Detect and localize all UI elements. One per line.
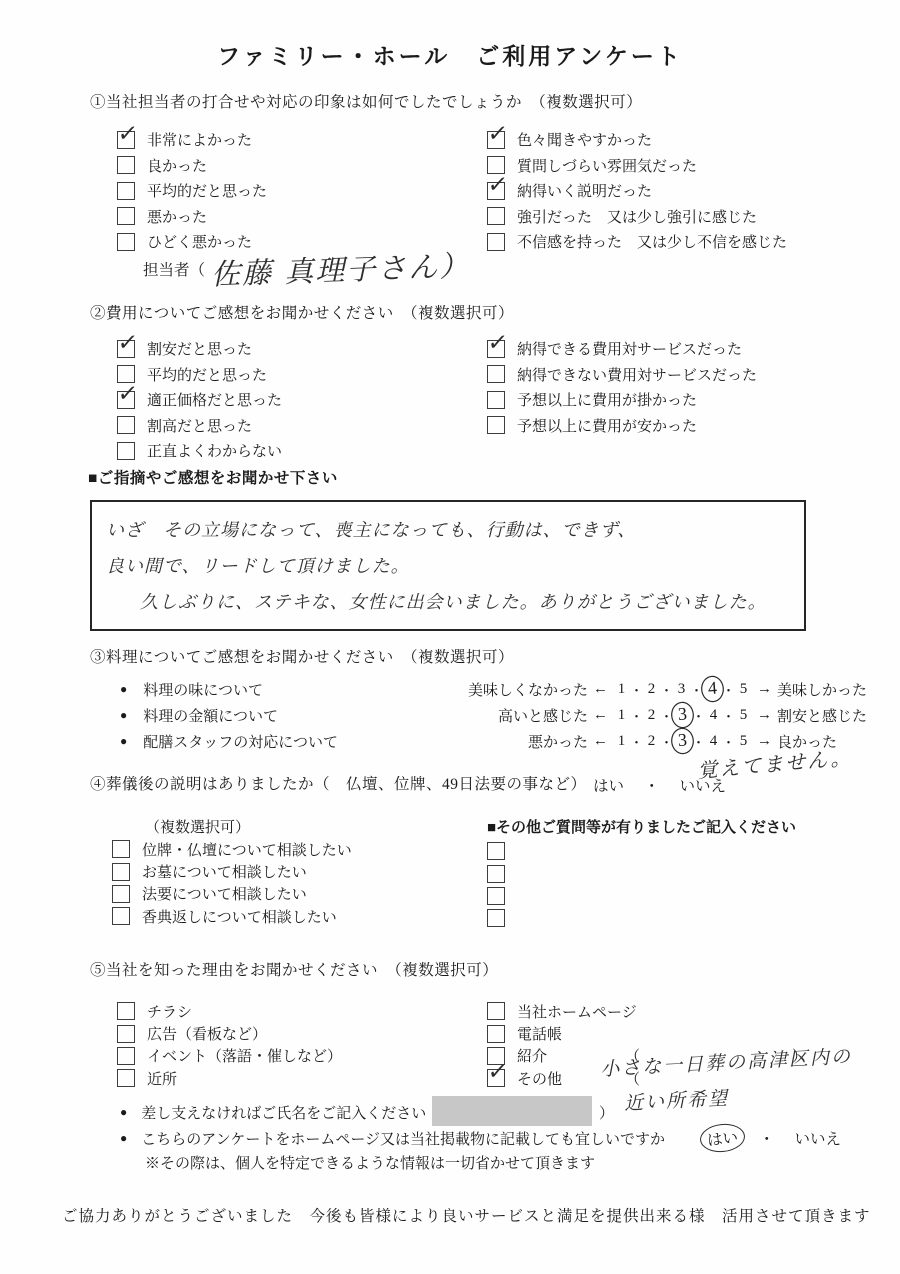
checkbox[interactable]: [117, 1002, 135, 1020]
rating-2[interactable]: 2: [643, 731, 660, 751]
arrow-right-icon: →: [752, 681, 777, 698]
checkbox-row: 質問しづらい雰囲気だった: [487, 153, 787, 179]
survey-form-page: ファミリー・ホール ご利用アンケート ①当社担当者の打合せや対応の印象は如何でし…: [0, 0, 900, 1274]
checkbox-row: [487, 862, 505, 884]
checkbox-label: 電話帳: [517, 1023, 562, 1044]
rating-5[interactable]: 5: [735, 705, 752, 725]
q5-left-options: チラシ 広告（看板など） イベント（落語・催しなど） 近所: [117, 1000, 342, 1090]
checkbox-row: チラシ: [117, 1000, 342, 1022]
checkbox-row: お墓について相談したい: [112, 860, 352, 882]
checkbox[interactable]: [112, 840, 130, 858]
checkbox[interactable]: [117, 1069, 135, 1087]
dot-separator: ・: [644, 774, 660, 796]
checkbox-label: 正直よくわからない: [147, 440, 282, 461]
checkbox-label: チラシ: [147, 1001, 192, 1022]
checkbox[interactable]: [487, 233, 505, 251]
checkbox-row: 当社ホームページ: [487, 1000, 807, 1022]
checkbox-row: 平均的だと思った: [117, 362, 282, 388]
checkbox-label: 予想以上に費用が安かった: [517, 415, 697, 436]
scale-left-anchor: 悪かった: [392, 731, 588, 752]
checkbox-label: 強引だった 又は少し強引に感じた: [517, 206, 757, 227]
checkbox-row: 法要について相談したい: [112, 883, 352, 905]
checkbox-label: イベント（落語・催しなど）: [147, 1045, 342, 1066]
checkbox-row: 電話帳: [487, 1022, 807, 1044]
q1-heading: ①当社担当者の打合せや対応の印象は如何でしたでしょうか （複数選択可）: [90, 90, 642, 112]
redacted-name: [432, 1096, 592, 1126]
checkbox-row: 納得できる費用対サービスだった: [487, 336, 757, 362]
checkbox[interactable]: [487, 1069, 505, 1087]
staff-name-handwritten: 佐藤 真理子さん）: [210, 243, 470, 293]
checkbox-row: イベント（落語・催しなど）: [117, 1045, 342, 1067]
checkbox-label: 非常によかった: [147, 129, 252, 150]
staff-label: 担当者（: [143, 258, 205, 280]
checkbox-row: 香典返しについて相談したい: [112, 905, 352, 927]
checkbox-label: 良かった: [147, 155, 207, 176]
checkbox[interactable]: [117, 182, 135, 200]
rating-4[interactable]: 4: [705, 705, 722, 725]
dot-separator: ・: [759, 1127, 775, 1149]
dot-separator: ・: [630, 680, 643, 699]
checkbox[interactable]: [112, 885, 130, 903]
comments-writein-box[interactable]: いざ その立場になって、喪主になっても、行動は、できず、 良い間で、リードして頂…: [90, 500, 806, 631]
checkbox-row: 正直よくわからない: [117, 438, 282, 464]
rating-row-label: 配膳スタッフの対応について: [143, 731, 338, 752]
checkbox[interactable]: [487, 887, 505, 905]
bullet-icon: ●: [120, 1131, 127, 1146]
rating-1[interactable]: 1: [613, 679, 630, 699]
staff-name-row: 担当者（ 佐藤 真理子さん）: [143, 248, 470, 289]
checkbox-label: 色々聞きやすかった: [517, 129, 652, 150]
q4-other-writein-boxes: [487, 840, 505, 930]
checkbox[interactable]: [117, 233, 135, 251]
arrow-right-icon: →: [752, 707, 777, 724]
checkbox[interactable]: [487, 365, 505, 383]
scale-left-anchor: 美味しくなかった: [392, 679, 588, 700]
bullet-icon: ●: [120, 1105, 127, 1120]
checkbox-row: 割高だと思った: [117, 413, 282, 439]
dot-separator: ・: [722, 706, 735, 725]
checkbox[interactable]: [487, 842, 505, 860]
rating-1[interactable]: 1: [613, 705, 630, 725]
scale-right-anchor: 割安と感じた: [777, 705, 867, 726]
q2-right-options: 納得できる費用対サービスだった 納得できない費用対サービスだった 予想以上に費用…: [487, 336, 757, 438]
publish-yesno: はい ・ いいえ: [700, 1124, 847, 1152]
checkbox-label: 当社ホームページ: [517, 1001, 637, 1022]
dot-separator: ・: [722, 732, 735, 751]
scale-right-anchor: 美味しかった: [777, 679, 867, 700]
checkbox-label: 納得できる費用対サービスだった: [517, 338, 742, 359]
checkbox[interactable]: [117, 1025, 135, 1043]
rating-row-label: 料理の金額について: [143, 705, 278, 726]
checkbox[interactable]: [487, 865, 505, 883]
q4-yes-option[interactable]: はい: [587, 772, 630, 798]
checkbox-row: 割安だと思った: [117, 336, 282, 362]
rating-2[interactable]: 2: [643, 705, 660, 725]
arrow-left-icon: ←: [588, 707, 613, 724]
q5-other-handwritten-line: 近い所希望: [623, 1083, 729, 1115]
paren-close: ）: [599, 1102, 614, 1123]
bullet-icon: ●: [120, 734, 127, 749]
checkbox[interactable]: [112, 863, 130, 881]
publish-yes-option[interactable]: はい: [699, 1122, 747, 1155]
checkbox-row: 不信感を持った 又は少し不信を感じた: [487, 229, 787, 255]
checkbox[interactable]: [117, 442, 135, 460]
checkbox[interactable]: [487, 391, 505, 409]
checkbox-row: [487, 840, 505, 862]
q2-heading: ②費用についてご感想をお聞かせください （複数選択可）: [90, 301, 514, 323]
checkbox[interactable]: [487, 1002, 505, 1020]
checkbox-row: 平均的だと思った: [117, 178, 267, 204]
checkbox[interactable]: [117, 416, 135, 434]
checkbox-row: [487, 885, 505, 907]
checkbox-row: 予想以上に費用が掛かった: [487, 387, 757, 413]
checkbox[interactable]: [487, 1025, 505, 1043]
bullet-icon: ●: [120, 708, 127, 723]
checkbox-row: 近所: [117, 1067, 342, 1089]
arrow-left-icon: ←: [588, 733, 613, 750]
checkbox-label: 法要について相談したい: [142, 883, 307, 904]
q4-subleft-heading: （複数選択可）: [145, 816, 250, 837]
q3-rating-rows: ●料理の味について 美味しくなかった ← 1・2・3・4・5 → 美味しかった …: [120, 676, 867, 754]
rating-row: ●料理の金額について 高いと感じた ← 1・2・3・4・5 → 割安と感じた: [120, 702, 867, 728]
checkbox[interactable]: [487, 416, 505, 434]
name-request-label: 差し支えなければご氏名をご記入ください: [141, 1102, 426, 1123]
checkbox-row: 納得できない費用対サービスだった: [487, 362, 757, 388]
q4-left-options: 位牌・仏壇について相談したい お墓について相談したい 法要について相談したい 香…: [112, 838, 352, 928]
comments-heading: ■ご指摘やご感想をお聞かせ下さい: [88, 466, 338, 488]
checkbox-label: 割高だと思った: [147, 415, 252, 436]
q5-heading: ⑤当社を知った理由をお聞かせください （複数選択可）: [90, 958, 498, 980]
rating-4[interactable]: 4: [705, 731, 722, 751]
publish-permission-row: ● こちらのアンケートをホームページ又は当社掲載物に記載しても宜しいですか: [120, 1128, 665, 1149]
checkbox[interactable]: [487, 131, 505, 149]
name-request-row: ● 差し支えなければご氏名をご記入ください: [120, 1102, 426, 1123]
scale-left-anchor: 高いと感じた: [392, 705, 588, 726]
footer-thanks: ご協力ありがとうございました 今後も皆様により良いサービスと満足を提供出来る様 …: [62, 1204, 871, 1226]
checkbox-label: お墓について相談したい: [142, 861, 307, 882]
privacy-note: ※その際は、個人を特定できるような情報は一切省かせて頂きます: [145, 1152, 595, 1173]
dot-separator: ・: [630, 706, 643, 725]
checkbox[interactable]: [487, 909, 505, 927]
checkbox-label: 悪かった: [147, 206, 207, 227]
checkbox-label: 予想以上に費用が掛かった: [517, 389, 697, 410]
dot-separator: ・: [660, 680, 673, 699]
checkbox[interactable]: [112, 907, 130, 925]
checkbox-row: 位牌・仏壇について相談したい: [112, 838, 352, 860]
checkbox-label: 位牌・仏壇について相談したい: [142, 839, 352, 860]
checkbox[interactable]: [487, 340, 505, 358]
checkbox[interactable]: [117, 156, 135, 174]
checkbox-label: 割安だと思った: [147, 338, 252, 359]
rating-2[interactable]: 2: [643, 679, 660, 699]
checkbox-label: 平均的だと思った: [147, 364, 267, 385]
checkbox[interactable]: [487, 207, 505, 225]
arrow-right-icon: →: [752, 733, 777, 750]
q1-left-options: 非常によかった 良かった 平均的だと思った 悪かった ひどく悪かった: [117, 127, 267, 255]
checkbox-row: 強引だった 又は少し強引に感じた: [487, 204, 787, 230]
checkbox-row: 非常によかった: [117, 127, 267, 153]
q3-heading: ③料理についてご感想をお聞かせください （複数選択可）: [90, 645, 514, 667]
checkbox-label: その他: [517, 1068, 613, 1089]
checkbox-row: 広告（看板など）: [117, 1022, 342, 1044]
checkbox-row: 色々聞きやすかった: [487, 127, 787, 153]
rating-5[interactable]: 5: [735, 679, 752, 699]
checkbox-label: 納得できない費用対サービスだった: [517, 364, 757, 385]
checkbox[interactable]: [117, 207, 135, 225]
checkbox-row: 良かった: [117, 153, 267, 179]
rating-row-label: 料理の味について: [143, 679, 263, 700]
comment-line: 久しぶりに、ステキな、女性に出会いました。ありがとうございました。: [140, 588, 767, 614]
publish-permission-label: こちらのアンケートをホームページ又は当社掲載物に記載しても宜しいですか: [141, 1128, 665, 1149]
q4-heading: ④葬儀後の説明はありましたか（ 仏壇、位牌、49日法要の事など）: [90, 772, 587, 794]
q2-left-options: 割安だと思った 平均的だと思った 適正価格だと思った 割高だと思った 正直よくわ…: [117, 336, 282, 464]
bullet-icon: ●: [120, 682, 127, 697]
comment-line: いざ その立場になって、喪主になっても、行動は、できず、: [106, 516, 636, 542]
checkbox-label: 不信感を持った 又は少し不信を感じた: [517, 231, 787, 252]
checkbox-label: 質問しづらい雰囲気だった: [517, 155, 697, 176]
checkbox[interactable]: [117, 131, 135, 149]
checkbox-label: 広告（看板など）: [147, 1023, 267, 1044]
checkbox-row: 予想以上に費用が安かった: [487, 413, 757, 439]
checkbox-row: 適正価格だと思った: [117, 387, 282, 413]
checkbox-row: 納得いく説明だった: [487, 178, 787, 204]
rating-3[interactable]: 3: [673, 679, 690, 699]
checkbox-row: [487, 907, 505, 929]
comment-line: 良い間で、リードして頂けました。: [106, 552, 410, 578]
rating-5[interactable]: 5: [735, 731, 752, 751]
checkbox[interactable]: [117, 1047, 135, 1065]
checkbox-label: 近所: [147, 1068, 177, 1089]
checkbox-row: 悪かった: [117, 204, 267, 230]
checkbox[interactable]: [117, 340, 135, 358]
page-title: ファミリー・ホール ご利用アンケート: [0, 38, 900, 71]
q4-subright-heading: ■その他ご質問等が有りましたご記入ください: [487, 816, 796, 837]
checkbox-label: 平均的だと思った: [147, 180, 267, 201]
q1-right-options: 色々聞きやすかった 質問しづらい雰囲気だった 納得いく説明だった 強引だった 又…: [487, 127, 787, 255]
checkbox-label: 適正価格だと思った: [147, 389, 282, 410]
rating-row: ●料理の味について 美味しくなかった ← 1・2・3・4・5 → 美味しかった: [120, 676, 867, 702]
checkbox[interactable]: [117, 391, 135, 409]
dot-separator: ・: [630, 732, 643, 751]
checkbox-label: 納得いく説明だった: [517, 180, 652, 201]
publish-no-option[interactable]: いいえ: [789, 1125, 848, 1151]
checkbox[interactable]: [487, 182, 505, 200]
arrow-left-icon: ←: [588, 681, 613, 698]
rating-1[interactable]: 1: [613, 731, 630, 751]
checkbox-label: 香典返しについて相談したい: [142, 906, 337, 927]
